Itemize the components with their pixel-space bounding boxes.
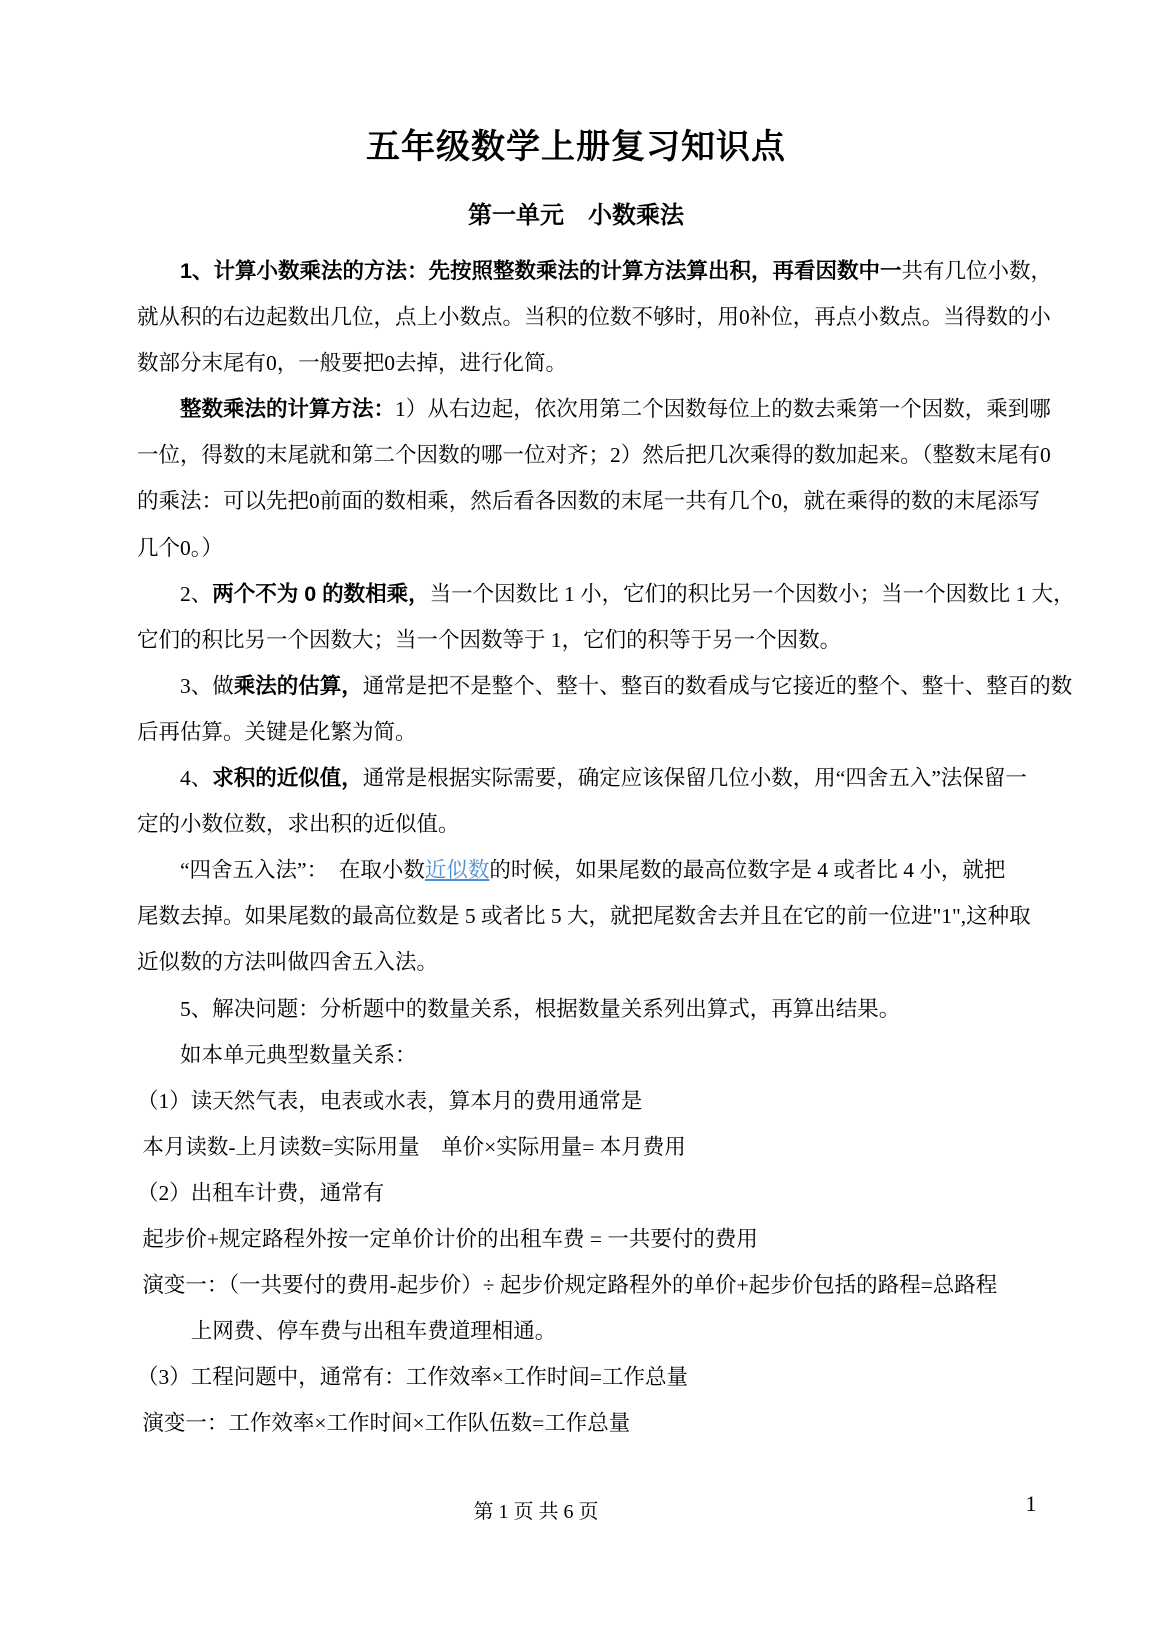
page-footer: 第 1 页 共 6 页 [0, 1499, 1072, 1525]
body-text: 3、做 [180, 674, 234, 698]
text-line: 5、解决问题：分析题中的数量关系，根据数量关系列出算式，再算出结果。 [137, 986, 1067, 1032]
body-text: 的乘法：可以先把0前面的数相乘，然后看各因数的末尾一共有几个0，就在乘得的数的末… [137, 489, 1040, 513]
document-page: 五年级数学上册复习知识点 第一单元 小数乘法 1、计算小数乘法的方法：先按照整数… [0, 0, 1152, 1626]
text-line: 尾数去掉。如果尾数的最高位数是 5 或者比 5 大，就把尾数舍去并且在它的前一位… [137, 893, 1067, 939]
body-text: 一位，得数的末尾就和第二个因数的哪一位对齐；2）然后把几次乘得的数加起来。（整数… [137, 443, 1051, 467]
body-text: 通常是把不是整个、整十、整百的数看成与它接近的整个、整十、整百的数 [363, 674, 1073, 698]
section-heading: 第一单元 小数乘法 [0, 199, 1152, 233]
text-line: 起步价+规定路程外按一定单价计价的出租车费 = 一共要付的费用 [137, 1216, 1067, 1262]
body-text: 定的小数位数，求出积的近似值。 [137, 812, 460, 836]
body-text: 当一个因数比 1 小，它们的积比另一个因数小；当一个因数比 1 大， [430, 582, 1075, 606]
text-line: 近似数的方法叫做四舍五入法。 [137, 939, 1067, 985]
text-line: 定的小数位数，求出积的近似值。 [137, 801, 1067, 847]
text-line: 就从积的右边起数出几位，点上小数点。当积的位数不够时，用0补位，再点小数点。当得… [137, 294, 1067, 340]
body-text: 1）从右边起，依次用第二个因数每位上的数去乘第一个因数，乘到哪 [395, 397, 1051, 421]
body-text: 5、解决问题：分析题中的数量关系，根据数量关系列出算式，再算出结果。 [180, 997, 900, 1021]
body-text: （3）工程问题中，通常有：工作效率×工作时间=工作总量 [137, 1365, 688, 1389]
emphasized-text: 1、计算小数乘法的方法：先按照整数乘法的计算方法算出积，再看因数中一 [180, 259, 901, 283]
document-body: 1、计算小数乘法的方法：先按照整数乘法的计算方法算出积，再看因数中一共有几位小数… [137, 248, 1067, 1446]
body-text: 共有几位小数， [901, 259, 1052, 283]
emphasized-text: 两个不为 0 的数相乘， [212, 582, 429, 606]
body-text: 通常是根据实际需要，确定应该保留几位小数，用“四舍五入”法保留一 [363, 766, 1027, 790]
text-line: 它们的积比另一个因数大；当一个因数等于 1，它们的积等于另一个因数。 [137, 617, 1067, 663]
text-line: 的乘法：可以先把0前面的数相乘，然后看各因数的末尾一共有几个0，就在乘得的数的末… [137, 478, 1067, 524]
body-text: 如本单元典型数量关系： [180, 1043, 417, 1067]
text-line: 数部分末尾有0，一般要把0去掉，进行化简。 [137, 340, 1067, 386]
body-text: 尾数去掉。如果尾数的最高位数是 5 或者比 5 大，就把尾数舍去并且在它的前一位… [137, 904, 1031, 928]
text-line: 演变一：工作效率×工作时间×工作队伍数=工作总量 [137, 1400, 1067, 1446]
text-line: 3、做乘法的估算，通常是把不是整个、整十、整百的数看成与它接近的整个、整十、整百… [137, 663, 1067, 709]
body-text: 4、 [180, 766, 212, 790]
body-text: 上网费、停车费与出租车费道理相通。 [191, 1319, 557, 1343]
body-text: “四舍五入法”： 在取小数 [180, 858, 425, 882]
body-text: 演变一：（一共要付的费用-起步价）÷ 起步价规定路程外的单价+起步价包括的路程=… [137, 1273, 997, 1297]
text-line: 后再估算。关键是化繁为简。 [137, 709, 1067, 755]
body-text: （2）出租车计费，通常有 [137, 1181, 384, 1205]
body-text: 数部分末尾有0，一般要把0去掉，进行化简。 [137, 351, 567, 375]
body-text: 就从积的右边起数出几位，点上小数点。当积的位数不够时，用0补位，再点小数点。当得… [137, 305, 1051, 329]
emphasized-text: 整数乘法的计算方法： [180, 397, 395, 421]
body-text: 后再估算。关键是化繁为简。 [137, 720, 417, 744]
emphasized-text: 求积的近似值， [212, 766, 363, 790]
text-line: 整数乘法的计算方法：1）从右边起，依次用第二个因数每位上的数去乘第一个因数，乘到… [137, 386, 1067, 432]
text-line: （2）出租车计费，通常有 [137, 1170, 1067, 1216]
text-line: 本月读数-上月读数=实际用量 单价×实际用量= 本月费用 [137, 1124, 1067, 1170]
text-line: 演变一：（一共要付的费用-起步价）÷ 起步价规定路程外的单价+起步价包括的路程=… [137, 1262, 1067, 1308]
text-line: （3）工程问题中，通常有：工作效率×工作时间=工作总量 [137, 1354, 1067, 1400]
text-line: 几个0。） [137, 525, 1067, 571]
body-text: 近似数的方法叫做四舍五入法。 [137, 950, 438, 974]
text-line: 如本单元典型数量关系： [137, 1032, 1067, 1078]
page-number: 1 [1016, 1490, 1046, 1518]
document-title: 五年级数学上册复习知识点 [0, 124, 1152, 170]
text-line: （1）读天然气表，电表或水表，算本月的费用通常是 [137, 1078, 1067, 1124]
text-line: “四舍五入法”： 在取小数近似数的时候，如果尾数的最高位数字是 4 或者比 4 … [137, 847, 1067, 893]
body-text: 的时候，如果尾数的最高位数字是 4 或者比 4 小，就把 [489, 858, 1005, 882]
text-line: 4、求积的近似值，通常是根据实际需要，确定应该保留几位小数，用“四舍五入”法保留… [137, 755, 1067, 801]
body-text: 2、 [180, 582, 212, 606]
emphasized-text: 乘法的估算， [234, 674, 363, 698]
inline-link[interactable]: 近似数 [425, 858, 490, 882]
body-text: 本月读数-上月读数=实际用量 单价×实际用量= 本月费用 [137, 1135, 686, 1159]
text-line: 上网费、停车费与出租车费道理相通。 [137, 1308, 1067, 1354]
text-line: 1、计算小数乘法的方法：先按照整数乘法的计算方法算出积，再看因数中一共有几位小数… [137, 248, 1067, 294]
text-line: 2、两个不为 0 的数相乘，当一个因数比 1 小，它们的积比另一个因数小；当一个… [137, 571, 1067, 617]
body-text: 几个0。） [137, 536, 223, 560]
body-text: 起步价+规定路程外按一定单价计价的出租车费 = 一共要付的费用 [137, 1227, 758, 1251]
body-text: （1）读天然气表，电表或水表，算本月的费用通常是 [137, 1089, 642, 1113]
body-text: 演变一：工作效率×工作时间×工作队伍数=工作总量 [137, 1411, 630, 1435]
text-line: 一位，得数的末尾就和第二个因数的哪一位对齐；2）然后把几次乘得的数加起来。（整数… [137, 432, 1067, 478]
body-text: 它们的积比另一个因数大；当一个因数等于 1，它们的积等于另一个因数。 [137, 628, 841, 652]
